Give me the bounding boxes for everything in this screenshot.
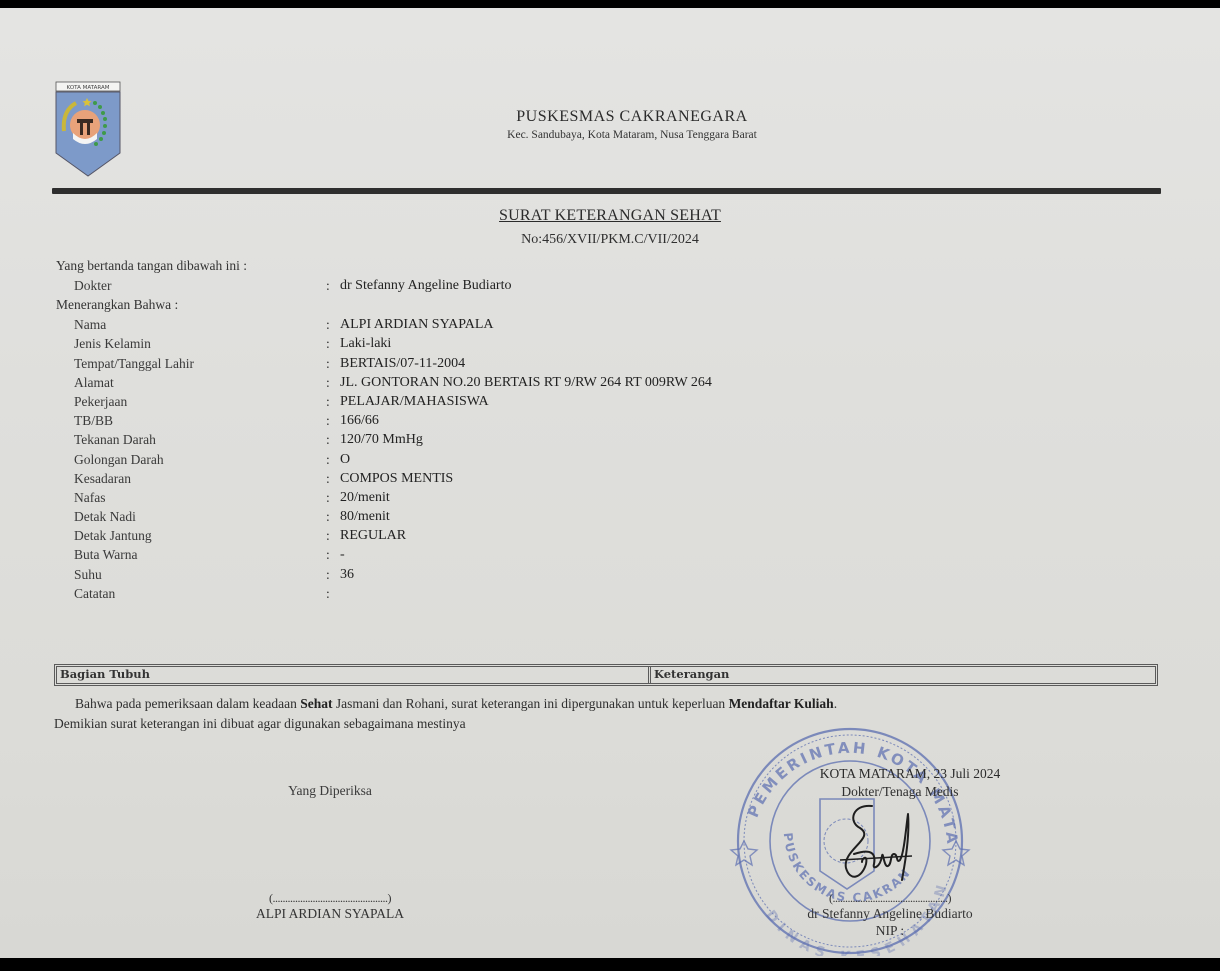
field-row-catatan: Catatan:: [56, 584, 1156, 603]
field-colon: :: [326, 584, 330, 603]
field-row-tb-bb: TB/BB:166/66: [56, 411, 1156, 430]
field-colon: :: [326, 392, 330, 411]
field-label: Kesadaran: [74, 469, 131, 488]
field-colon: :: [326, 354, 330, 373]
field-value: -: [340, 545, 345, 564]
field-value: Laki-laki: [340, 334, 391, 353]
field-row-kesadaran: Kesadaran:COMPOS MENTIS: [56, 469, 1156, 488]
health-statement: Bahwa pada pemeriksaan dalam keadaan Seh…: [75, 696, 837, 712]
patient-signature-line: (.......................................…: [200, 891, 460, 906]
field-colon: :: [326, 565, 330, 584]
field-colon: :: [326, 315, 330, 334]
field-colon: :: [326, 276, 330, 295]
field-value: 20/menit: [340, 488, 390, 507]
field-label: Tempat/Tanggal Lahir: [74, 354, 194, 373]
svg-text:KOTA MATARAM: KOTA MATARAM: [67, 85, 110, 91]
statement-bold-sehat: Sehat: [300, 696, 332, 711]
field-label: Nafas: [74, 488, 105, 507]
field-value: 166/66: [340, 411, 379, 430]
field-colon: :: [326, 430, 330, 449]
doctor-nip: NIP :: [760, 923, 1020, 939]
document-page: KOTA MATARAM PUSKESMAS CAKRANEGARA Kec. …: [0, 8, 1220, 958]
field-label: Jenis Kelamin: [74, 334, 151, 353]
signer-heading: Yang bertanda tangan dibawah ini :: [56, 256, 1156, 276]
field-row-dokter: Dokter : dr Stefanny Angeline Budiarto: [56, 276, 1156, 295]
patient-heading: Menerangkan Bahwa :: [56, 295, 1156, 315]
field-label: Tekanan Darah: [74, 430, 156, 449]
field-value: O: [340, 450, 350, 469]
field-value: ALPI ARDIAN SYAPALA: [340, 315, 494, 334]
patient-signature-role: Yang Diperiksa: [200, 783, 460, 799]
field-row-detak-nadi: Detak Nadi:80/menit: [56, 507, 1156, 526]
closing-statement: Demikian surat keterangan ini dibuat aga…: [54, 716, 466, 732]
field-row-buta-warna: Buta Warna:-: [56, 545, 1156, 564]
field-row-tekanan-darah: Tekanan Darah:120/70 MmHg: [56, 430, 1156, 449]
certificate-fields: Yang bertanda tangan dibawah ini : Dokte…: [56, 256, 1156, 603]
field-value: 120/70 MmHg: [340, 430, 423, 449]
statement-text: Bahwa pada pemeriksaan dalam keadaan: [75, 696, 300, 711]
document-number: No:456/XVII/PKM.C/VII/2024: [0, 232, 1220, 248]
field-value: COMPOS MENTIS: [340, 469, 453, 488]
body-part-table-header: Bagian Tubuh Keterangan: [54, 664, 1158, 686]
field-value: dr Stefanny Angeline Budiarto: [340, 276, 511, 295]
field-colon: :: [326, 545, 330, 564]
handwritten-signature-icon: [832, 798, 922, 888]
field-value: PELAJAR/MAHASISWA: [340, 392, 489, 411]
field-colon: :: [326, 334, 330, 353]
field-label: Detak Nadi: [74, 507, 136, 526]
field-label: Dokter: [74, 276, 112, 295]
field-colon: :: [326, 373, 330, 392]
column-header-keterangan: Keterangan: [651, 667, 1155, 683]
field-value: JL. GONTORAN NO.20 BERTAIS RT 9/RW 264 R…: [340, 373, 712, 392]
field-label: Pekerjaan: [74, 392, 127, 411]
field-row-golongan-darah: Golongan Darah:O: [56, 450, 1156, 469]
field-row-pekerjaan: Pekerjaan:PELAJAR/MAHASISWA: [56, 392, 1156, 411]
field-row-alamat: Alamat:JL. GONTORAN NO.20 BERTAIS RT 9/R…: [56, 373, 1156, 392]
doctor-signature-name: dr Stefanny Angeline Budiarto: [760, 906, 1020, 922]
statement-text: .: [834, 696, 837, 711]
field-row-tempat-tanggal-lahir: Tempat/Tanggal Lahir:BERTAIS/07-11-2004: [56, 354, 1156, 373]
field-label: Catatan: [74, 584, 115, 603]
field-colon: :: [326, 526, 330, 545]
field-row-suhu: Suhu:36: [56, 565, 1156, 584]
field-colon: :: [326, 411, 330, 430]
signature-place-date: KOTA MATARAM, 23 Juli 2024: [770, 766, 1050, 782]
institution-address: Kec. Sandubaya, Kota Mataram, Nusa Tengg…: [0, 129, 1220, 141]
field-value: REGULAR: [340, 526, 406, 545]
field-label: Alamat: [74, 373, 114, 392]
field-value: 80/menit: [340, 507, 390, 526]
field-colon: :: [326, 469, 330, 488]
statement-text: Jasmani dan Rohani, surat keterangan ini…: [333, 696, 729, 711]
field-colon: :: [326, 488, 330, 507]
field-row-detak-jantung: Detak Jantung:REGULAR: [56, 526, 1156, 545]
field-value: 36: [340, 565, 354, 584]
field-label: Nama: [74, 315, 106, 334]
header-divider: [52, 188, 1161, 194]
patient-signature-name: ALPI ARDIAN SYAPALA: [200, 906, 460, 922]
field-value: BERTAIS/07-11-2004: [340, 354, 465, 373]
field-label: Suhu: [74, 565, 102, 584]
field-label: Detak Jantung: [74, 526, 152, 545]
statement-bold-purpose: Mendaftar Kuliah: [729, 696, 834, 711]
field-label: TB/BB: [74, 411, 113, 430]
column-header-bagian-tubuh: Bagian Tubuh: [57, 667, 651, 683]
field-label: Golongan Darah: [74, 450, 164, 469]
field-row-nama: Nama:ALPI ARDIAN SYAPALA: [56, 315, 1156, 334]
institution-name: PUSKESMAS CAKRANEGARA: [0, 108, 1220, 126]
doctor-signature-line: (.......................................…: [760, 891, 1020, 906]
field-row-nafas: Nafas:20/menit: [56, 488, 1156, 507]
document-title: SURAT KETERANGAN SEHAT: [0, 207, 1220, 225]
field-colon: :: [326, 507, 330, 526]
field-row-jenis-kelamin: Jenis Kelamin:Laki-laki: [56, 334, 1156, 353]
field-label: Buta Warna: [74, 545, 138, 564]
field-colon: :: [326, 450, 330, 469]
